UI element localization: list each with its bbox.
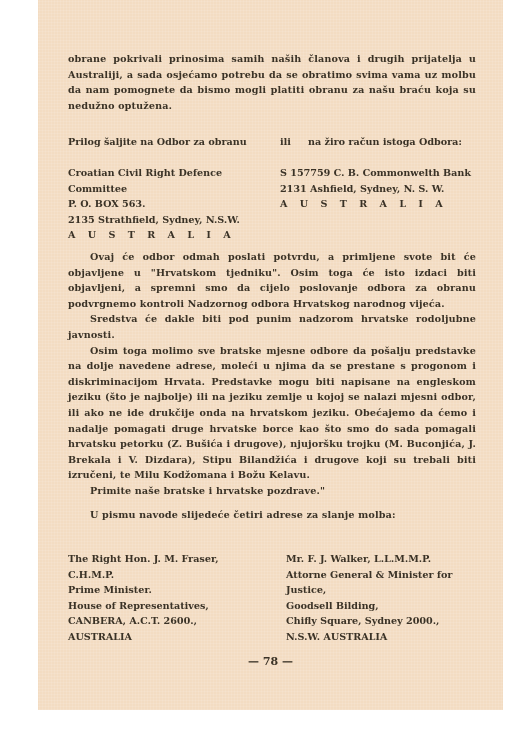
prime-minister-address: The Right Hon. J. M. Fraser, C.H.M.P. Pr… [68,552,219,646]
address-line: CANBERA, A.C.T. 2600., [68,614,219,630]
address-line: Justice, [286,583,452,599]
page-number: — 78 — [38,655,503,668]
address-line: Prime Minister. [68,583,219,599]
address-line: AUSTRALIA [68,630,219,646]
body-paragraph: Sredstva će dakle biti pod punim nadzoro… [68,312,476,343]
addresses-intro: U pismu navode slijedeće četiri adrese z… [68,508,476,524]
address-line: N.S.W. AUSTRALIA [286,630,452,646]
body-paragraph: Ovaj će odbor odmah poslati potvrdu, a p… [68,250,476,312]
committee-address: Croatian Civil Right Defence Committee P… [68,166,240,244]
addresses-intro-section: U pismu navode slijedeće četiri adrese z… [68,508,476,524]
address-line: The Right Hon. J. M. Fraser, [68,552,219,568]
address-line: Committee [68,182,240,198]
intro-section: obrane pokrivali prinosima samih naših č… [68,52,476,114]
address-line: C.H.M.P. [68,568,219,584]
payment-connector: ili [280,137,291,148]
payment-right-heading: na žiro račun istoga Odbora: [308,137,462,148]
address-line: Goodsell Bilding, [286,599,452,615]
address-line: Croatian Civil Right Defence [68,166,240,182]
intro-paragraph: obrane pokrivali prinosima samih naših č… [68,52,476,114]
bank-account-address: S 157759 C. B. Commonwelth Bank 2131 Ash… [280,166,471,213]
address-line: A U S T R A L I A [280,197,471,213]
address-line: 2135 Strathfield, Sydney, N.S.W. [68,213,240,229]
address-line: Mr. F. J. Walker, L.L.M.M.P. [286,552,452,568]
attorney-general-address: Mr. F. J. Walker, L.L.M.M.P. Attorne Gen… [286,552,452,646]
body-section: Ovaj će odbor odmah poslati potvrdu, a p… [68,250,476,500]
address-line: A U S T R A L I A [68,228,240,244]
address-line: P. O. BOX 563. [68,197,240,213]
body-paragraph: Osim toga molimo sve bratske mjesne odbo… [68,344,476,484]
address-line: House of Representatives, [68,599,219,615]
address-line: 2131 Ashfield, Sydney, N. S. W. [280,182,471,198]
body-paragraph: Primite naše bratske i hrvatske pozdrave… [68,484,476,500]
address-line: Chifly Square, Sydney 2000., [286,614,452,630]
document-page: obrane pokrivali prinosima samih naših č… [38,0,503,710]
payment-left-heading: Prilog šaljite na Odbor za obranu [68,137,247,148]
address-line: Attorne General & Minister for [286,568,452,584]
address-line: S 157759 C. B. Commonwelth Bank [280,166,471,182]
